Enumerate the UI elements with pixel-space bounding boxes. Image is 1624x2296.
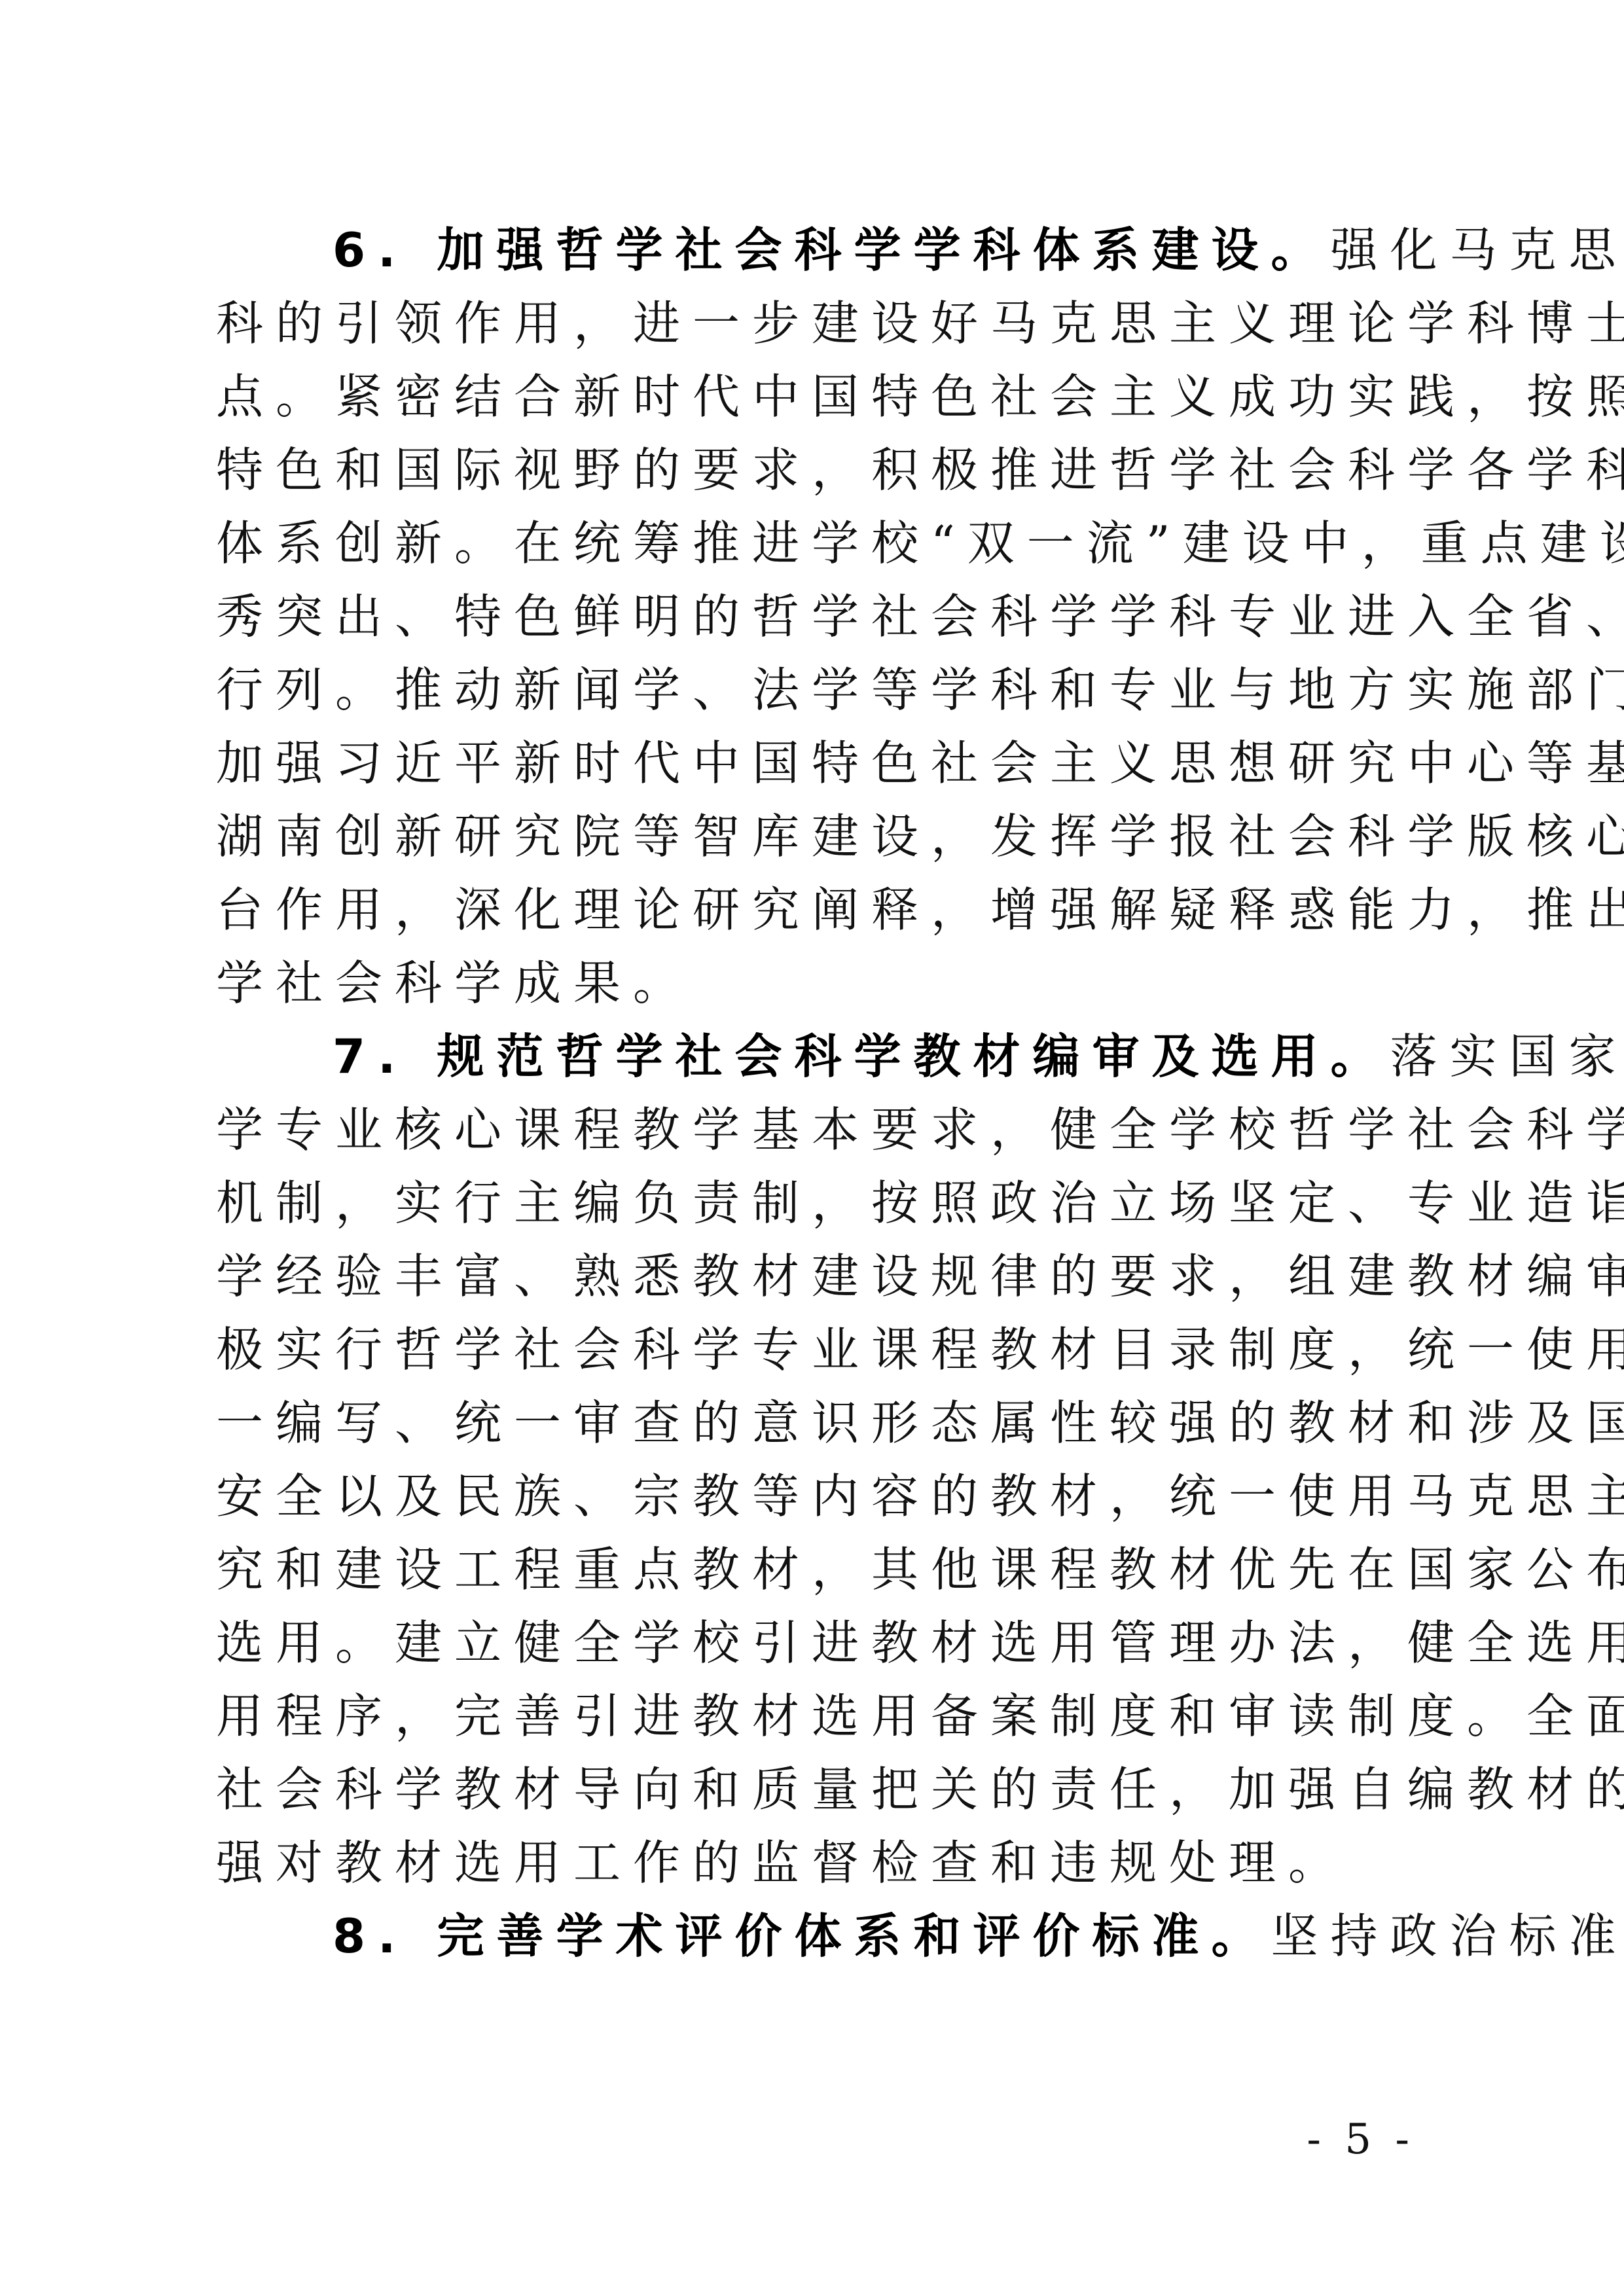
paragraph-line: 点。紧密结合新时代中国特色社会主义成功实践，按照具有中国 bbox=[216, 360, 1414, 433]
paragraph-line: 秀突出、特色鲜明的哲学社会科学学科专业进入全省、全国一流 bbox=[216, 580, 1414, 653]
paragraph-line: 台作用，深化理论研究阐释，增强解疑释惑能力，推出高水平哲 bbox=[216, 873, 1414, 946]
paragraph-line: 社会科学教材导向和质量把关的责任，加强自编教材的管理，加 bbox=[216, 1753, 1414, 1826]
paragraph-line: 体系创新。在统筹推进学校“双一流”建设中，重点建设若干优 bbox=[216, 507, 1414, 580]
paragraph-line: 机制，实行主编负责制，按照政治立场坚定、专业造诣深厚、教 bbox=[216, 1166, 1414, 1240]
paragraph-line: 科的引领作用，进一步建设好马克思主义理论学科博士学位授权 bbox=[216, 287, 1414, 360]
paragraph-line: 学社会科学成果。 bbox=[216, 946, 1414, 1020]
section-heading-7: 7. 规范哲学社会科学教材编审及选用。 bbox=[333, 1029, 1390, 1084]
paragraph-line: 学经验丰富、熟悉教材建设规律的要求，组建教材编审队伍。积 bbox=[216, 1240, 1414, 1313]
paragraph-line: 湖南创新研究院等智库建设，发挥学报社会科学版核心期刊的平 bbox=[216, 800, 1414, 873]
line-text: 强化马克思主义理论学 bbox=[1331, 223, 1624, 278]
paragraph-line: 行列。推动新闻学、法学等学科和专业与地方实施部门深度合作。 bbox=[216, 653, 1414, 726]
paragraph-6: 6. 加强哲学社会科学学科体系建设。强化马克思主义理论学 科的引领作用，进一步建… bbox=[216, 213, 1414, 1020]
paragraph-line: 7. 规范哲学社会科学教材编审及选用。落实国家哲学社会科 bbox=[216, 1020, 1414, 1093]
paragraph-line: 安全以及民族、宗教等内容的教材，统一使用马克思主义理论研 bbox=[216, 1460, 1414, 1533]
paragraph-line: 特色和国际视野的要求，积极推进哲学社会科学各学科学术话语 bbox=[216, 433, 1414, 507]
paragraph-8: 8. 完善学术评价体系和评价标准。坚持政治标准和学术标准 bbox=[216, 1899, 1414, 1973]
page-number: - 5 - bbox=[1307, 2115, 1415, 2164]
paragraph-line: 用程序，完善引进教材选用备案制度和审读制度。全面落实哲学 bbox=[216, 1679, 1414, 1753]
section-heading-8: 8. 完善学术评价体系和评价标准。 bbox=[333, 1909, 1271, 1964]
document-page: 6. 加强哲学社会科学学科体系建设。强化马克思主义理论学 科的引领作用，进一步建… bbox=[0, 0, 1624, 2296]
paragraph-line: 8. 完善学术评价体系和评价标准。坚持政治标准和学术标准 bbox=[216, 1899, 1414, 1973]
paragraph-line: 6. 加强哲学社会科学学科体系建设。强化马克思主义理论学 bbox=[216, 213, 1414, 287]
paragraph-line: 极实行哲学社会科学专业课程教材目录制度，统一使用由国家统 bbox=[216, 1313, 1414, 1386]
paragraph-line: 一编写、统一审查的意识形态属性较强的教材和涉及国家主权、 bbox=[216, 1386, 1414, 1460]
paragraph-line: 强对教材选用工作的监督检查和违规处理。 bbox=[216, 1826, 1414, 1899]
paragraph-line: 学专业核心课程教学基本要求，健全学校哲学社会科学教材编审 bbox=[216, 1093, 1414, 1166]
line-text: 坚持政治标准和学术标准 bbox=[1271, 1909, 1624, 1964]
paragraph-line: 究和建设工程重点教材，其他课程教材优先在国家公布的目录中 bbox=[216, 1533, 1414, 1606]
section-heading-6: 6. 加强哲学社会科学学科体系建设。 bbox=[333, 223, 1331, 278]
paragraph-line: 选用。建立健全学校引进教材选用管理办法，健全选用标准和选 bbox=[216, 1606, 1414, 1679]
paragraph-line: 加强习近平新时代中国特色社会主义思想研究中心等基地建设和 bbox=[216, 726, 1414, 800]
line-text: 落实国家哲学社会科 bbox=[1390, 1029, 1624, 1084]
document-body: 6. 加强哲学社会科学学科体系建设。强化马克思主义理论学 科的引领作用，进一步建… bbox=[216, 213, 1414, 1973]
paragraph-7: 7. 规范哲学社会科学教材编审及选用。落实国家哲学社会科 学专业核心课程教学基本… bbox=[216, 1020, 1414, 1899]
